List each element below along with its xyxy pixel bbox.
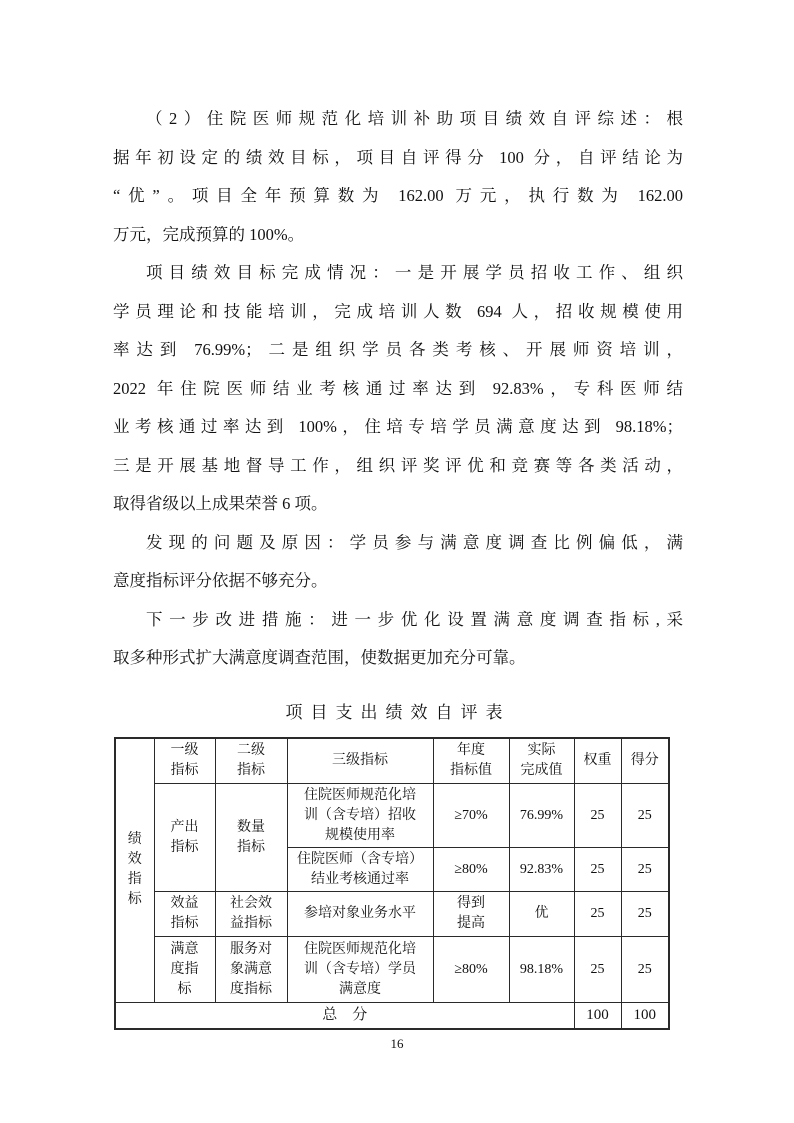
text-line: 意度指标评分依据不够充分。 [113,562,683,601]
cell-indicator: 住院医师规范化培 训（含专培）招收 规模使用率 [287,784,433,848]
cell-level2-social: 社会效 益指标 [215,892,287,937]
text-line: 三是开展基地督导工作，组织评奖评优和竞赛等各类活动， [113,447,683,486]
header-cell-weight: 权重 [574,738,621,784]
cell-weight: 25 [574,848,621,892]
cell-actual: 98.18% [509,937,574,1003]
cell-level1-output: 产出 指标 [154,784,215,892]
paragraph-problems-found: 发现的问题及原因：学员参与满意度调查比例偏低，满 意度指标评分依据不够充分。 [113,524,683,601]
text-line: 业考核通过率达到 100%，住培专培学员满意度达到 98.18%； [113,408,683,447]
text-line: 发现的问题及原因：学员参与满意度调查比例偏低，满 [113,524,683,563]
text-line: 取得省级以上成果荣誉 6 项。 [113,485,683,524]
text-line: “优”。项目全年预算数为 162.00 万元，执行数为 162.00 [113,177,683,216]
cell-level1-benefit: 效益 指标 [154,892,215,937]
text-line: 2022 年住院医师结业考核通过率达到 92.83%，专科医师结 [113,370,683,409]
cell-level2-quantity: 数量 指标 [215,784,287,892]
cell-actual: 优 [509,892,574,937]
cell-total-label: 总 分 [115,1003,574,1029]
cell-target: ≥70% [433,784,509,848]
cell-total-score: 100 [621,1003,669,1029]
cell-target: ≥80% [433,848,509,892]
table-row: 满意 度指 标 服务对 象满意 度指标 住院医师规范化培 训（含专培）学员 满意… [115,937,669,1003]
text-line: （2）住院医师规范化培训补助项目绩效自评综述：根 [113,100,683,139]
text-line: 据年初设定的绩效目标，项目自评得分 100 分，自评结论为 [113,139,683,178]
cell-level2-service: 服务对 象满意 度指标 [215,937,287,1003]
table-header-row: 绩 效 指 标 一级 指标 二级 指标 三级指标 年度 指标值 实际 完成值 权… [115,738,669,784]
cell-score: 25 [621,784,669,848]
cell-target: ≥80% [433,937,509,1003]
cell-actual: 76.99% [509,784,574,848]
text-line: 学员理论和技能培训，完成培训人数 694 人，招收规模使用 [113,293,683,332]
table-total-row: 总 分 100 100 [115,1003,669,1029]
paragraph-self-evaluation-summary: （2）住院医师规范化培训补助项目绩效自评综述：根 据年初设定的绩效目标，项目自评… [113,100,683,254]
cell-weight: 25 [574,937,621,1003]
header-cell-level3: 三级指标 [287,738,433,784]
performance-selfeval-table: 绩 效 指 标 一级 指标 二级 指标 三级指标 年度 指标值 实际 完成值 权… [114,737,670,1030]
text-line: 率达到 76.99%；二是组织学员各类考核、开展师资培训， [113,331,683,370]
cell-target: 得到 提高 [433,892,509,937]
header-cell-score: 得分 [621,738,669,784]
table-row: 效益 指标 社会效 益指标 参培对象业务水平 得到 提高 优 25 25 [115,892,669,937]
cell-score: 25 [621,937,669,1003]
header-cell-level2: 二级 指标 [215,738,287,784]
cell-weight: 25 [574,892,621,937]
body-text: （2）住院医师规范化培训补助项目绩效自评综述：根 据年初设定的绩效目标，项目自评… [113,100,683,1030]
paragraph-goal-completion: 项目绩效目标完成情况：一是开展学员招收工作、组织 学员理论和技能培训，完成培训人… [113,254,683,524]
page-number: 16 [0,1036,794,1052]
table-title: 项目支出绩效自评表 [113,698,683,728]
cell-indicator: 住院医师（含专培） 结业考核通过率 [287,848,433,892]
cell-side-label: 绩 效 指 标 [115,738,154,1003]
cell-level1-satisfaction: 满意 度指 标 [154,937,215,1003]
cell-score: 25 [621,848,669,892]
text-line: 项目绩效目标完成情况：一是开展学员招收工作、组织 [113,254,683,293]
cell-indicator: 住院医师规范化培 训（含专培）学员 满意度 [287,937,433,1003]
cell-total-weight: 100 [574,1003,621,1029]
header-cell-annual-target: 年度 指标值 [433,738,509,784]
text-line: 万元，完成预算的 100%。 [113,216,683,255]
paragraph-improvement-measures: 下一步改进措施：进一步优化设置满意度调查指标,采 取多种形式扩大满意度调查范围，… [113,601,683,678]
text-line: 下一步改进措施：进一步优化设置满意度调查指标,采 [113,601,683,640]
cell-weight: 25 [574,784,621,848]
document-page: （2）住院医师规范化培训补助项目绩效自评综述：根 据年初设定的绩效目标，项目自评… [0,0,794,1123]
text-line: 取多种形式扩大满意度调查范围，使数据更加充分可靠。 [113,639,683,678]
cell-actual: 92.83% [509,848,574,892]
table-row: 产出 指标 数量 指标 住院医师规范化培 训（含专培）招收 规模使用率 ≥70%… [115,784,669,848]
cell-score: 25 [621,892,669,937]
cell-indicator: 参培对象业务水平 [287,892,433,937]
header-cell-actual: 实际 完成值 [509,738,574,784]
header-cell-level1: 一级 指标 [154,738,215,784]
